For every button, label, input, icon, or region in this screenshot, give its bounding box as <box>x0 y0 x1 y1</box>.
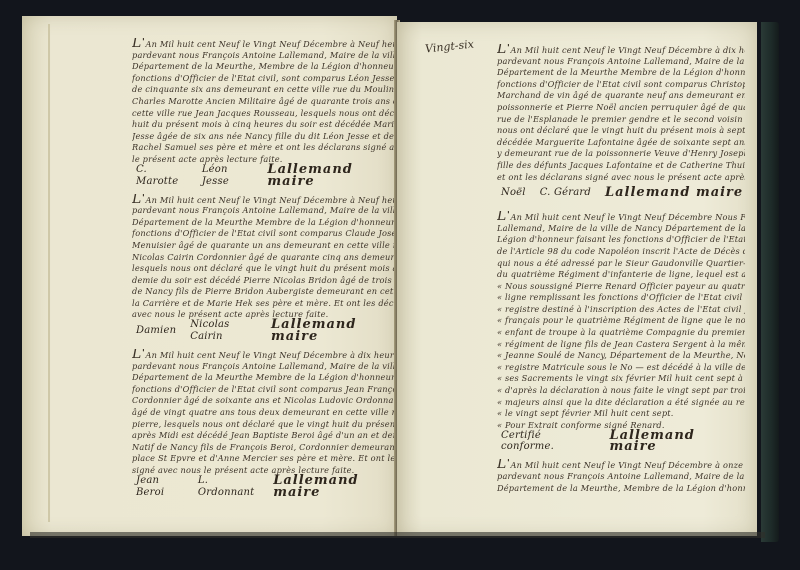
record-line: L'An Mil huit cent Neuf le Vingt Neuf Dé… <box>497 211 745 223</box>
death-record-entry: L'An Mil huit cent Neuf le Vingt Neuf Dé… <box>132 349 394 497</box>
signature: Damien <box>136 325 176 337</box>
record-line: « Nous soussigné Pierre Renard Officier … <box>497 281 745 293</box>
record-line: la Carrière et de Marie Hek ses père et … <box>132 298 394 310</box>
record-line: Menuisier âgé de quarante un ans demeura… <box>132 240 394 252</box>
record-line: fille des défunts Jacques Lafontaine et … <box>497 160 745 172</box>
record-line: cette ville rue Jean Jacques Rousseau, l… <box>132 108 394 120</box>
record-line: Département de la Meurthe Membre de la L… <box>132 372 394 384</box>
record-line: « régiment de ligne fils de Jean Castera… <box>497 339 745 351</box>
mayor-signature: Lallemand maire <box>267 164 394 187</box>
record-line: « le vingt sept février Mil huit cent se… <box>497 408 745 420</box>
record-line: pardevant nous François Antoine Lalleman… <box>497 471 745 483</box>
signature: Jean Beroi <box>136 475 184 498</box>
death-record-entry: L'An Mil huit cent Neuf le Vingt Neuf Dé… <box>497 459 745 494</box>
record-line: Département de la Meurthe Membre de la L… <box>497 67 745 79</box>
signature-row: C. Marotte Léon Jesse Lallemand maire <box>132 166 394 186</box>
record-line: huit du présent mois à cinq heures du so… <box>132 119 394 131</box>
right-page: Vingt-six L'An Mil huit cent Neuf le Vin… <box>397 22 757 536</box>
record-line: L'An Mil huit cent Neuf le Vingt Neuf Dé… <box>497 459 745 471</box>
record-line: âgé de vingt quatre ans tous deux demeur… <box>132 407 394 419</box>
record-line: Département de la Meurthe Membre de la L… <box>132 217 394 229</box>
record-line: L'An Mil huit cent Neuf le Vingt Neuf Dé… <box>497 44 745 56</box>
signature: C. Gérard <box>540 187 591 199</box>
record-line: fonctions d'Officier de l'Etat civil, so… <box>132 73 394 85</box>
record-line: nous ont déclaré que le vingt huit du pr… <box>497 125 745 137</box>
record-line: poissonnerie et Pierre Noël ancien perru… <box>497 102 745 114</box>
death-record-entry: L'An Mil huit cent Neuf le Vingt Neuf Dé… <box>132 194 394 342</box>
record-line: Charles Marotte Ancien Militaire âgé de … <box>132 96 394 108</box>
left-page: L'An Mil huit cent Neuf le Vingt Neuf Dé… <box>22 16 397 536</box>
record-line: Département de la Meurthe, Membre de la … <box>497 483 745 495</box>
record-line: « registre Matricule sous le No — est dé… <box>497 362 745 374</box>
record-line: pardevant nous François Antoine Lalleman… <box>132 50 394 62</box>
margin-annotation: Vingt-six <box>424 37 474 55</box>
signature-row: Damien Nicolas Cairin Lallemand maire <box>132 321 394 341</box>
signature-row: Jean Beroi L. Ordonnant Lallemand maire <box>132 477 394 497</box>
record-line: L'An Mil huit cent Neuf le Vingt Neuf Dé… <box>132 349 394 361</box>
death-record-entry: L'An Mil huit cent Neuf le Vingt Neuf Dé… <box>497 211 745 451</box>
mayor-signature: Lallemand maire <box>605 187 743 199</box>
signature: Léon Jesse <box>202 164 254 187</box>
record-line: qui nous a été adressé par le Sieur Gaud… <box>497 258 745 270</box>
record-line: demie du soir est décédé Pierre Nicolas … <box>132 275 394 287</box>
certification-text: Certifié conforme. <box>501 430 595 453</box>
record-line: « français pour le quatrième Régiment de… <box>497 315 745 327</box>
signature: Noël <box>501 187 526 199</box>
record-line: place St Epvre et d'Anne Mercier ses pèr… <box>132 453 394 465</box>
record-line: Légion d'honneur faisant les fonctions d… <box>497 234 745 246</box>
record-line: Jesse âgée de six ans née Nancy fille du… <box>132 131 394 143</box>
record-line: « majeurs ainsi que la dite déclaration … <box>497 397 745 409</box>
record-line: « registre destiné à l'inscription des A… <box>497 304 745 316</box>
record-line: Cordonnier âgé de soixante ans et Nicola… <box>132 395 394 407</box>
record-line: « ses Sacrements le vingt six février Mi… <box>497 373 745 385</box>
record-line: L'An Mil huit cent Neuf le Vingt Neuf Dé… <box>132 38 394 50</box>
left-page-text: L'An Mil huit cent Neuf le Vingt Neuf Dé… <box>132 38 394 497</box>
record-line: rue de l'Esplanade le premier gendre et … <box>497 114 745 126</box>
register-spread: L'An Mil huit cent Neuf le Vingt Neuf Dé… <box>22 16 767 552</box>
signature: L. Ordonnant <box>198 475 259 498</box>
record-line: Natif de Nancy fils de François Beroi, C… <box>132 442 394 454</box>
record-line: fonctions d'Officier de l'Etat civil son… <box>132 228 394 240</box>
record-line: lesquels nous ont déclaré que le vingt h… <box>132 263 394 275</box>
record-line: « enfant de troupe à la quatrième Compag… <box>497 327 745 339</box>
record-line: du quatrième Régiment d'infanterie de li… <box>497 269 745 281</box>
signature: C. Marotte <box>136 164 188 187</box>
record-line: pardevant nous François Antoine Lalleman… <box>132 205 394 217</box>
record-line: Nicolas Cairin Cordonnier âgé de quarant… <box>132 252 394 264</box>
record-line: Rachel Samuel ses père et mère et ont le… <box>132 142 394 154</box>
mayor-signature: Lallemand maire <box>609 430 745 453</box>
record-line: « ligne remplissant les fonctions d'Offi… <box>497 292 745 304</box>
record-line: de Nancy fils de Pierre Bridon Aubergist… <box>132 286 394 298</box>
signature: Nicolas Cairin <box>190 319 257 342</box>
page-fold-line <box>48 24 50 522</box>
record-line: de cinquante six ans demeurant en cette … <box>132 84 394 96</box>
book-cover-edge <box>761 22 779 542</box>
record-line: L'An Mil huit cent Neuf le Vingt Neuf Dé… <box>132 194 394 206</box>
record-line: Marchand de vin âgé de quarante neuf ans… <box>497 90 745 102</box>
death-record-entry: L'An Mil huit cent Neuf le Vingt Neuf Dé… <box>497 44 745 203</box>
death-record-entry: L'An Mil huit cent Neuf le Vingt Neuf Dé… <box>132 38 394 186</box>
record-line: fonctions d'Officier de l'Etat civil son… <box>132 384 394 396</box>
signature-row: Certifié conforme. Lallemand maire <box>497 431 745 451</box>
record-line: de l'Article 98 du code Napoléon inscrit… <box>497 246 745 258</box>
record-line: « Jeanne Soulé de Nancy, Département de … <box>497 350 745 362</box>
record-line: y demeurant rue de la poissonnerie Veuve… <box>497 148 745 160</box>
mayor-signature: Lallemand maire <box>273 475 394 498</box>
record-line: après Midi est décédé Jean Baptiste Bero… <box>132 430 394 442</box>
page-bottom-shadow <box>30 532 765 538</box>
record-line: Lallemand, Maire de la ville de Nancy Dé… <box>497 223 745 235</box>
record-line: pardevant nous François Antoine Lalleman… <box>132 361 394 373</box>
record-line: décédée Marguerite Lafontaine âgée de so… <box>497 137 745 149</box>
signature-row: Noël C. Gérard Lallemand maire <box>497 183 745 203</box>
record-line: pierre, lesquels nous ont déclaré que le… <box>132 419 394 431</box>
record-line: Département de la Meurthe, Membre de la … <box>132 61 394 73</box>
record-line: pardevant nous François Antoine Lalleman… <box>497 56 745 68</box>
record-line: fonctions d'Officier de l'Etat civil son… <box>497 79 745 91</box>
mayor-signature: Lallemand maire <box>271 319 394 342</box>
right-page-text: L'An Mil huit cent Neuf le Vingt Neuf Dé… <box>497 44 745 494</box>
record-line: « d'après la déclaration à nous faite le… <box>497 385 745 397</box>
record-line: et ont les déclarans signé avec nous le … <box>497 172 745 184</box>
